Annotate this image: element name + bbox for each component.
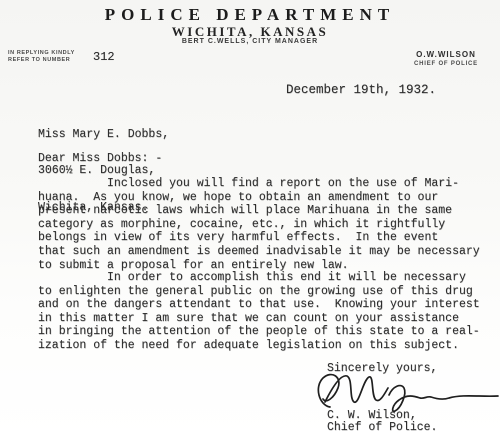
signature-scrawl [313, 371, 500, 413]
chief-letterhead-block: O.W.WILSON CHIEF OF POLICE [414, 50, 478, 67]
recipient-street: 3060½ E. Douglas, [38, 165, 169, 177]
body-paragraph-1: Inclosed you will find a report on the u… [38, 177, 480, 272]
chief-title: CHIEF OF POLICE [414, 61, 478, 67]
letterhead-manager: BERT C.WELLS, CITY MANAGER [0, 38, 500, 45]
reply-reference-note: IN REPLYING KINDLY REFER TO NUMBER [8, 50, 75, 64]
letter-page: POLICE DEPARTMENT WICHITA, KANSAS BERT C… [0, 0, 500, 441]
reply-note-line-2: REFER TO NUMBER [8, 57, 75, 64]
recipient-name: Miss Mary E. Dobbs, [38, 129, 169, 141]
body-paragraph-2: In order to accomplish this end it will … [38, 271, 480, 353]
salutation: Dear Miss Dobbs: - [38, 152, 162, 166]
date-line: December 19th, 1932. [286, 84, 436, 98]
reply-reference-number: 312 [93, 50, 115, 64]
signer-title: Chief of Police. [327, 421, 437, 435]
letterhead-department: POLICE DEPARTMENT [0, 5, 500, 25]
chief-name: O.W.WILSON [414, 50, 478, 59]
reply-note-line-1: IN REPLYING KINDLY [8, 50, 75, 57]
